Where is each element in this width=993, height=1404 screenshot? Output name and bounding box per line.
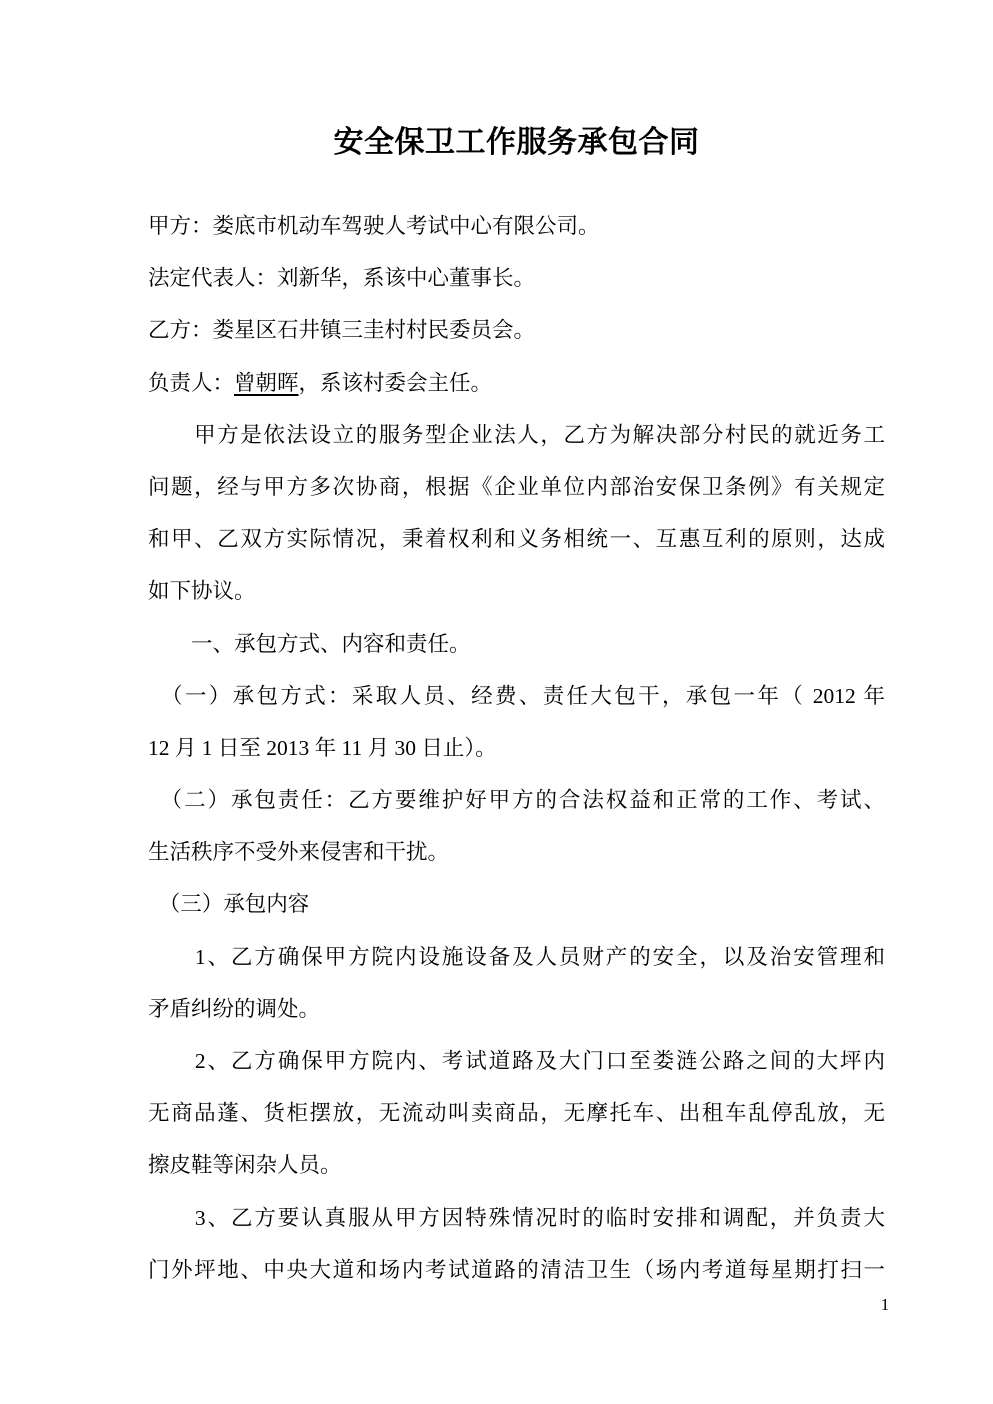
item-3-line-1: 3、乙方要认真服从甲方因特殊情况时的临时安排和调配，并负责大: [148, 1192, 885, 1244]
item-2-line-1: 2、乙方确保甲方院内、考试道路及大门口至娄涟公路之间的大坪内: [148, 1035, 885, 1087]
clause-1-line-2: 12 月 1 日至 2013 年 11 月 30 日止）。: [148, 722, 885, 774]
item-1-line-2: 矛盾纠纷的调处。: [148, 983, 885, 1035]
responsible-person-title: ，系该村委会主任。: [299, 371, 493, 395]
item-2-line-3: 擦皮鞋等闲杂人员。: [148, 1139, 885, 1191]
clause-3-heading: （三）承包内容: [148, 878, 885, 930]
party-a-line: 甲方：娄底市机动车驾驶人考试中心有限公司。: [148, 200, 885, 252]
item-1-line-1: 1、乙方确保甲方院内设施设备及人员财产的安全，以及治安管理和: [148, 931, 885, 983]
preamble-line-4: 如下协议。: [148, 565, 885, 617]
document-page: 安全保卫工作服务承包合同 甲方：娄底市机动车驾驶人考试中心有限公司。 法定代表人…: [0, 0, 993, 1404]
item-2-line-2: 无商品蓬、货柜摆放，无流动叫卖商品，无摩托车、出租车乱停乱放，无: [148, 1087, 885, 1139]
responsible-person-label: 负责人：: [148, 371, 234, 395]
preamble-line-3: 和甲、乙双方实际情况，秉着权利和义务相统一、互惠互利的原则，达成: [148, 513, 885, 565]
legal-representative-line: 法定代表人：刘新华，系该中心董事长。: [148, 252, 885, 304]
item-3-line-2: 门外坪地、中央大道和场内考试道路的清洁卫生（场内考道每星期打扫一: [148, 1244, 885, 1296]
responsible-person-name: 曾朝晖: [234, 371, 299, 395]
preamble-line-1: 甲方是依法设立的服务型企业法人，乙方为解决部分村民的就近务工: [148, 409, 885, 461]
page-number: 1: [860, 1292, 910, 1318]
document-title: 安全保卫工作服务承包合同: [148, 121, 885, 165]
clause-1-line-1: （一）承包方式：采取人员、经费、责任大包干，承包一年（ 2012 年: [148, 670, 885, 722]
responsible-person-line: 负责人：曾朝晖，系该村委会主任。: [148, 357, 885, 409]
section-1-heading: 一、承包方式、内容和责任。: [148, 618, 885, 670]
party-b-line: 乙方：娄星区石井镇三圭村村民委员会。: [148, 304, 885, 356]
preamble-line-2: 问题，经与甲方多次协商，根据《企业单位内部治安保卫条例》有关规定: [148, 461, 885, 513]
clause-2-line-1: （二）承包责任：乙方要维护好甲方的合法权益和正常的工作、考试、: [148, 774, 885, 826]
document-body: 甲方：娄底市机动车驾驶人考试中心有限公司。 法定代表人：刘新华，系该中心董事长。…: [148, 200, 885, 1296]
clause-2-line-2: 生活秩序不受外来侵害和干扰。: [148, 826, 885, 878]
